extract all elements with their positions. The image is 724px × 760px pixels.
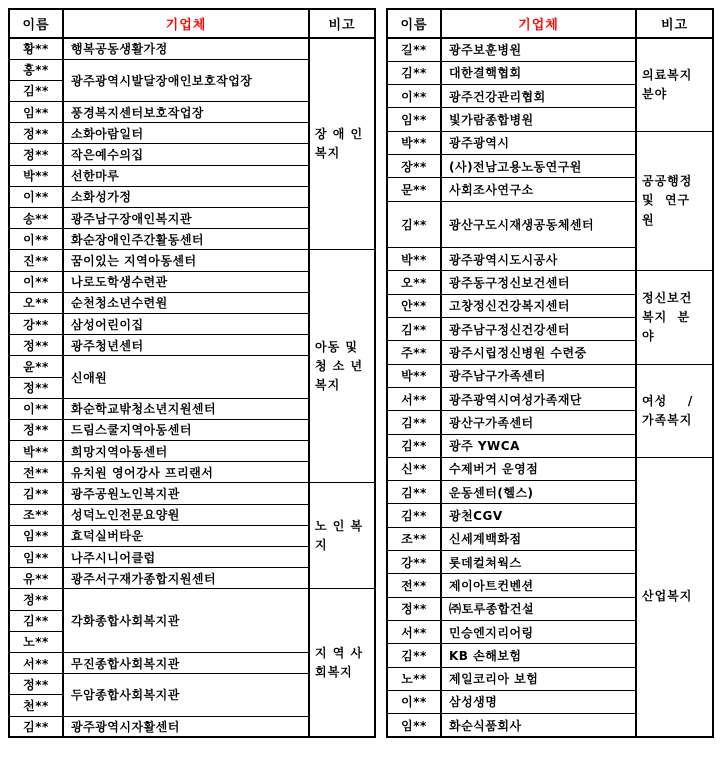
person-name-cell: 주** xyxy=(387,341,441,364)
person-name-cell: 노** xyxy=(387,667,441,690)
person-name-cell: 임** xyxy=(9,525,63,546)
person-name-cell: 임** xyxy=(387,714,441,737)
company-cell: 유치원 영어강사 프리랜서 xyxy=(63,462,309,483)
person-name-cell: 임** xyxy=(9,547,63,568)
table-row: 길**광주보훈병원의료복지 분야 xyxy=(387,38,713,61)
company-cell: 수제버거 운영점 xyxy=(441,457,636,480)
company-cell: 소화성가정 xyxy=(63,186,309,207)
company-cell: 나주시니어클럽 xyxy=(63,547,309,568)
person-name-cell: 이** xyxy=(9,398,63,419)
note-cell: 산업복지 xyxy=(636,457,713,737)
person-name-cell: 이** xyxy=(9,229,63,250)
person-name-cell: 김** xyxy=(9,716,63,737)
company-cell: 광산구도시재생공동체센터 xyxy=(441,201,636,248)
table-row: 김**광주공원노인복지관노 인 복 지 xyxy=(9,483,375,504)
company-cell: 대한결핵협회 xyxy=(441,61,636,84)
company-cell: 광주공원노인복지관 xyxy=(63,483,309,504)
table-row: 진**꿈이있는 지역아동센터아동 및 청 소 년 복지 xyxy=(9,250,375,271)
person-name-cell: 김** xyxy=(387,318,441,341)
person-name-cell: 서** xyxy=(387,387,441,410)
person-name-cell: 장** xyxy=(387,154,441,177)
person-name-cell: 김** xyxy=(9,610,63,631)
person-name-cell: 노** xyxy=(9,631,63,652)
company-cell: 광주동구정신보건센터 xyxy=(441,271,636,294)
note-cell: 의료복지 분야 xyxy=(636,38,713,131)
person-name-cell: 이** xyxy=(387,690,441,713)
person-name-cell: 김** xyxy=(387,504,441,527)
company-cell: 광주남구정신건강센터 xyxy=(441,318,636,341)
person-name-cell: 이** xyxy=(387,85,441,108)
person-name-cell: 길** xyxy=(387,38,441,61)
company-cell: 순천청소년수련원 xyxy=(63,292,309,313)
person-name-cell: 박** xyxy=(387,131,441,154)
person-name-cell: 신** xyxy=(387,457,441,480)
company-cell: 성덕노인전문요양원 xyxy=(63,504,309,525)
table-row: 박**광주남구가족센터여성 / 가족복지 xyxy=(387,364,713,387)
person-name-cell: 유** xyxy=(9,568,63,589)
company-cell: 작은예수의집 xyxy=(63,144,309,165)
company-cell: 광주 YWCA xyxy=(441,434,636,457)
company-cell: 행복공동생활가정 xyxy=(63,38,309,59)
right-staff-table: 이름 기업체 비고 길**광주보훈병원의료복지 분야김**대한결핵협회이**광주… xyxy=(386,8,714,738)
company-cell: 롯데컬쳐웍스 xyxy=(441,551,636,574)
company-cell: 광천CGV xyxy=(441,504,636,527)
company-cell: 사회조사연구소 xyxy=(441,178,636,201)
person-name-cell: 송** xyxy=(9,208,63,229)
person-name-cell: 정** xyxy=(9,377,63,398)
company-cell: 고창정신건강복지센터 xyxy=(441,294,636,317)
left-table-body: 황**행복공동생활가정장 애 인 복지홍**광주광역시발달장애인보호작업장김**… xyxy=(9,38,375,737)
company-cell: 광주광역시도시공사 xyxy=(441,248,636,271)
table-row: 황**행복공동생활가정장 애 인 복지 xyxy=(9,38,375,59)
person-name-cell: 오** xyxy=(9,292,63,313)
company-cell: 삼성어린이집 xyxy=(63,313,309,334)
company-cell: 꿈이있는 지역아동센터 xyxy=(63,250,309,271)
table-row: 오**광주동구정신보건센터정신보건 복지 분 야 xyxy=(387,271,713,294)
person-name-cell: 임** xyxy=(9,102,63,123)
company-cell: 희망지역아동센터 xyxy=(63,441,309,462)
person-name-cell: 윤** xyxy=(9,356,63,377)
company-cell: 운동센터(헬스) xyxy=(441,481,636,504)
person-name-cell: 이** xyxy=(9,186,63,207)
note-cell: 노 인 복 지 xyxy=(309,483,375,589)
column-header-company: 기업체 xyxy=(441,9,636,38)
left-table-header: 이름 기업체 비고 xyxy=(9,9,375,38)
company-cell: 광주보훈병원 xyxy=(441,38,636,61)
person-name-cell: 전** xyxy=(9,462,63,483)
column-header-name: 이름 xyxy=(387,9,441,38)
person-name-cell: 홍** xyxy=(9,59,63,80)
person-name-cell: 박** xyxy=(9,165,63,186)
column-header-note: 비고 xyxy=(636,9,713,38)
company-cell: 무진종합사회복지관 xyxy=(63,652,309,673)
document-page: 이름 기업체 비고 황**행복공동생활가정장 애 인 복지홍**광주광역시발달장… xyxy=(0,0,724,760)
company-cell: 광주남구가족센터 xyxy=(441,364,636,387)
company-cell: 광주건강관리협회 xyxy=(441,85,636,108)
person-name-cell: 정** xyxy=(387,597,441,620)
person-name-cell: 천** xyxy=(9,695,63,716)
company-cell: KB 손해보험 xyxy=(441,644,636,667)
person-name-cell: 안** xyxy=(387,294,441,317)
table-row: 정**각화종합사회복지관지 역 사 회복지 xyxy=(9,589,375,610)
company-cell: 제일코리아 보험 xyxy=(441,667,636,690)
person-name-cell: 김** xyxy=(387,201,441,248)
note-cell: 지 역 사 회복지 xyxy=(309,589,375,737)
person-name-cell: 조** xyxy=(9,504,63,525)
person-name-cell: 김** xyxy=(387,411,441,434)
company-cell: 광주광역시자활센터 xyxy=(63,716,309,737)
person-name-cell: 문** xyxy=(387,178,441,201)
person-name-cell: 이** xyxy=(9,271,63,292)
company-cell: 신애원 xyxy=(63,356,309,398)
company-cell: 효덕실버타운 xyxy=(63,525,309,546)
column-header-name: 이름 xyxy=(9,9,63,38)
note-cell: 여성 / 가족복지 xyxy=(636,364,713,457)
note-cell: 아동 및 청 소 년 복지 xyxy=(309,250,375,483)
person-name-cell: 김** xyxy=(387,481,441,504)
person-name-cell: 박** xyxy=(9,441,63,462)
person-name-cell: 김** xyxy=(387,434,441,457)
person-name-cell: 김** xyxy=(387,61,441,84)
person-name-cell: 김** xyxy=(9,483,63,504)
left-staff-table: 이름 기업체 비고 황**행복공동생활가정장 애 인 복지홍**광주광역시발달장… xyxy=(8,8,376,738)
company-cell: 삼성생명 xyxy=(441,690,636,713)
person-name-cell: 조** xyxy=(387,527,441,550)
person-name-cell: 오** xyxy=(387,271,441,294)
company-cell: 나로도학생수련관 xyxy=(63,271,309,292)
company-cell: 광주광역시발달장애인보호작업장 xyxy=(63,59,309,101)
note-cell: 공공행정 및 연구 원 xyxy=(636,131,713,271)
company-cell: 민승엔지리어링 xyxy=(441,620,636,643)
person-name-cell: 서** xyxy=(387,620,441,643)
person-name-cell: 진** xyxy=(9,250,63,271)
person-name-cell: 김** xyxy=(387,644,441,667)
header-row: 이름 기업체 비고 xyxy=(387,9,713,38)
company-cell: 광산구가족센터 xyxy=(441,411,636,434)
person-name-cell: 전** xyxy=(387,574,441,597)
company-cell: 광주광역시 xyxy=(441,131,636,154)
person-name-cell: 정** xyxy=(9,123,63,144)
company-cell: 각화종합사회복지관 xyxy=(63,589,309,653)
company-cell: 광주광역시여성가족재단 xyxy=(441,387,636,410)
person-name-cell: 김** xyxy=(9,80,63,101)
company-cell: 광주서구재가종합지원센터 xyxy=(63,568,309,589)
person-name-cell: 정** xyxy=(9,589,63,610)
table-row: 박**광주광역시공공행정 및 연구 원 xyxy=(387,131,713,154)
person-name-cell: 정** xyxy=(9,144,63,165)
company-cell: 광주남구장애인복지관 xyxy=(63,208,309,229)
company-cell: 두암종합사회복지관 xyxy=(63,674,309,716)
company-cell: 선한마루 xyxy=(63,165,309,186)
note-cell: 장 애 인 복지 xyxy=(309,38,375,250)
right-table-body: 길**광주보훈병원의료복지 분야김**대한결핵협회이**광주건강관리협회임**빛… xyxy=(387,38,713,737)
person-name-cell: 서** xyxy=(9,652,63,673)
company-cell: 드림스쿨지역아동센터 xyxy=(63,419,309,440)
company-cell: 화순장애인주간활동센터 xyxy=(63,229,309,250)
company-cell: 제이아트컨벤션 xyxy=(441,574,636,597)
company-cell: 광주청년센터 xyxy=(63,335,309,356)
company-cell: ㈜토루종합건설 xyxy=(441,597,636,620)
person-name-cell: 강** xyxy=(387,551,441,574)
table-row: 신**수제버거 운영점산업복지 xyxy=(387,457,713,480)
company-cell: 신세계백화점 xyxy=(441,527,636,550)
company-cell: 광주시립정신병원 수련중 xyxy=(441,341,636,364)
company-cell: 소화아람일터 xyxy=(63,123,309,144)
company-cell: (사)전남고용노동연구원 xyxy=(441,154,636,177)
person-name-cell: 정** xyxy=(9,674,63,695)
person-name-cell: 정** xyxy=(9,335,63,356)
person-name-cell: 황** xyxy=(9,38,63,59)
company-cell: 화순학교밖청소년지원센터 xyxy=(63,398,309,419)
company-cell: 화순식품회사 xyxy=(441,714,636,737)
column-header-note: 비고 xyxy=(309,9,375,38)
person-name-cell: 정** xyxy=(9,419,63,440)
column-header-company: 기업체 xyxy=(63,9,309,38)
header-row: 이름 기업체 비고 xyxy=(9,9,375,38)
company-cell: 빛가람종합병원 xyxy=(441,108,636,131)
person-name-cell: 강** xyxy=(9,313,63,334)
company-cell: 풍경복지센터보호작업장 xyxy=(63,102,309,123)
right-table-header: 이름 기업체 비고 xyxy=(387,9,713,38)
note-cell: 정신보건 복지 분 야 xyxy=(636,271,713,364)
person-name-cell: 박** xyxy=(387,248,441,271)
person-name-cell: 박** xyxy=(387,364,441,387)
person-name-cell: 임** xyxy=(387,108,441,131)
